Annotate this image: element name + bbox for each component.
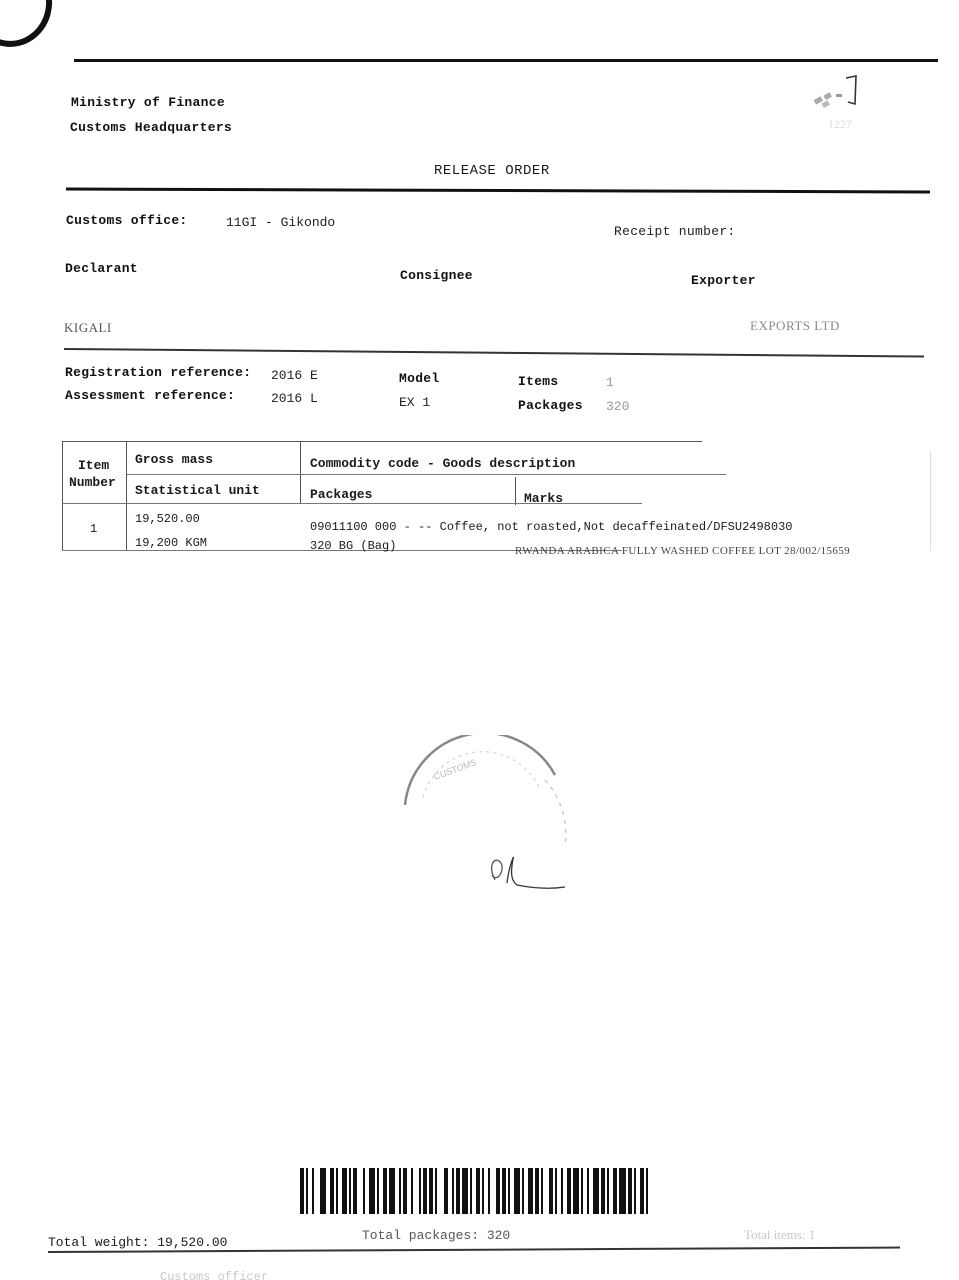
declarant-label: Declarant	[65, 261, 138, 276]
commodity-description: 09011100 000 - -- Coffee, not roasted,No…	[310, 520, 792, 534]
svg-text:1227: 1227	[828, 117, 852, 131]
header-gross-mass: Gross mass	[135, 452, 213, 467]
model-label: Model	[399, 371, 440, 386]
items-table: Item Number Gross mass Statistical unit …	[62, 441, 934, 551]
signature-icon	[492, 857, 565, 888]
registration-reference-label: Registration reference:	[65, 365, 251, 380]
exporter-label: Exporter	[691, 273, 756, 288]
customs-office-value: 11GI - Gikondo	[226, 215, 335, 230]
consignee-label: Consignee	[400, 268, 473, 283]
customs-office-label: Customs office:	[66, 213, 188, 228]
exporter-value: EXPORTS LTD	[750, 318, 840, 334]
packages-label: Packages	[518, 398, 583, 413]
total-packages: Total packages: 320	[362, 1228, 510, 1243]
total-items: Total items: 1	[744, 1227, 815, 1243]
organization-name: Ministry of Finance	[71, 95, 225, 110]
gross-mass: 19,520.00	[135, 512, 200, 526]
receipt-number-label: Receipt number:	[614, 224, 736, 239]
packages-value: 320	[606, 399, 629, 414]
document-title: RELEASE ORDER	[434, 163, 550, 179]
header-item-number-2: Number	[69, 475, 116, 490]
item-number: 1	[90, 522, 97, 536]
official-seal-icon: CUSTOMS	[395, 735, 575, 905]
parties-rule	[64, 348, 924, 358]
assessment-reference-value: 2016 L	[271, 391, 318, 406]
items-value: 1	[606, 375, 614, 390]
statistical-unit: 19,200 KGM	[135, 536, 207, 550]
packages: 320 BG (Bag)	[310, 539, 396, 553]
total-weight: Total weight: 19,520.00	[48, 1235, 227, 1250]
declarant-value: KIGALI	[64, 320, 112, 336]
svg-text:CUSTOMS: CUSTOMS	[432, 757, 478, 782]
header-packages: Packages	[310, 487, 372, 502]
top-rule	[74, 59, 938, 62]
barcode-icon	[300, 1168, 654, 1214]
customs-officer-label: Customs officer	[160, 1270, 268, 1280]
header-rule	[66, 187, 930, 193]
model-value: EX 1	[399, 395, 430, 410]
items-label: Items	[518, 374, 559, 389]
clip-mark-icon	[0, 0, 59, 53]
department-name: Customs Headquarters	[70, 120, 232, 135]
assessment-reference-label: Assessment reference:	[65, 388, 235, 403]
header-commodity: Commodity code - Goods description	[310, 456, 575, 471]
header-marks: Marks	[524, 491, 563, 506]
header-item-number-1: Item	[78, 458, 109, 473]
header-statistical-unit: Statistical unit	[135, 483, 260, 498]
marks: RWANDA ARABICA FULLY WASHED COFFEE LOT 2…	[515, 545, 850, 557]
registration-reference-value: 2016 E	[271, 368, 318, 383]
stamp-icon: 1227	[806, 72, 876, 152]
